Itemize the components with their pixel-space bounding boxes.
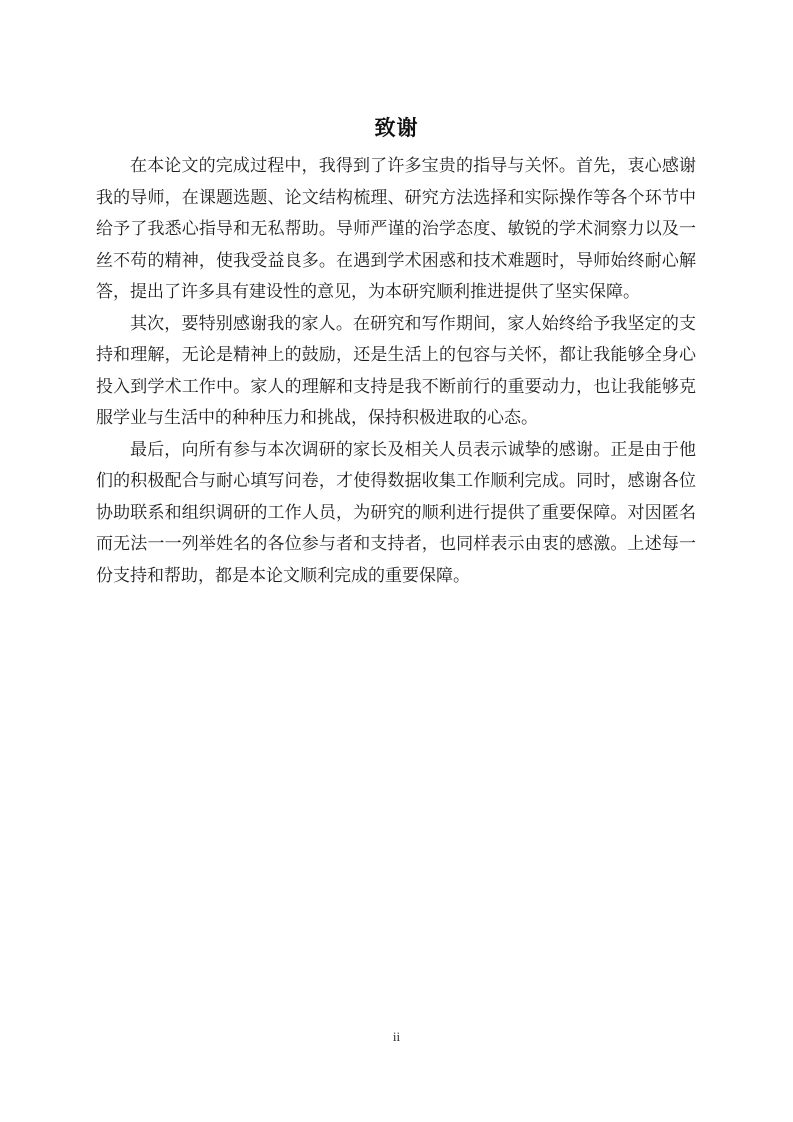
- document-page: 致谢 在本论文的完成过程中，我得到了许多宝贵的指导与关怀。首先，衷心感谢我的导师…: [0, 0, 793, 1122]
- acknowledgments-body: 在本论文的完成过程中，我得到了许多宝贵的指导与关怀。首先，衷心感谢我的导师，在课…: [96, 150, 696, 591]
- paragraph-family-thanks: 其次，要特别感谢我的家人。在研究和写作期间，家人始终给予我坚定的支持和理解，无论…: [96, 308, 696, 434]
- page-title: 致谢: [0, 114, 793, 142]
- page-number: ii: [0, 1028, 793, 1046]
- paragraph-participants-thanks: 最后，向所有参与本次调研的家长及相关人员表示诚挚的感谢。正是由于他们的积极配合与…: [96, 434, 696, 592]
- paragraph-advisor-thanks: 在本论文的完成过程中，我得到了许多宝贵的指导与关怀。首先，衷心感谢我的导师，在课…: [96, 150, 696, 308]
